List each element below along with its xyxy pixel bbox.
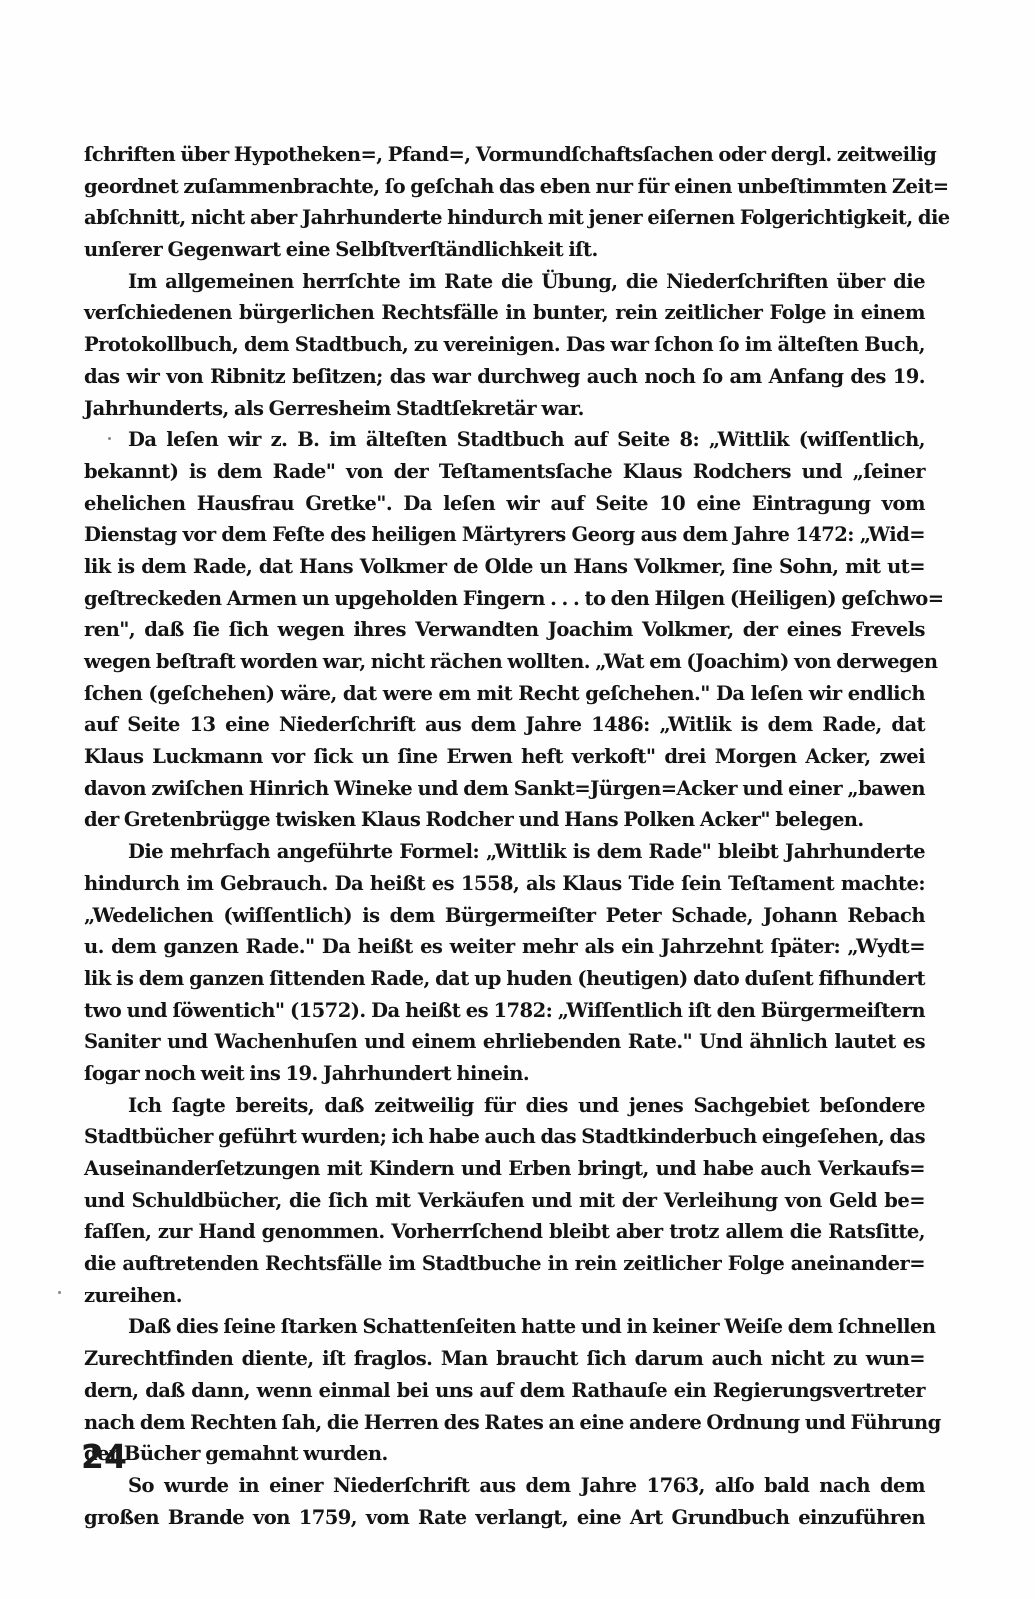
- paragraph: Im allgemeinen herrſchte im Rate die Übu…: [84, 266, 925, 424]
- text-line: auf Seite 13 eine Niederſchrift aus dem …: [84, 709, 925, 741]
- text-line: Jahrhunderts, als Gerresheim Stadtſekret…: [84, 393, 925, 425]
- paragraph: ſchriften über Hypotheken=, Pfand=, Vorm…: [84, 139, 925, 266]
- text-line: So wurde in einer Niederſchrift aus dem …: [84, 1470, 925, 1502]
- text-line: bekannt) is dem Rade" von der Teſtaments…: [84, 456, 925, 488]
- book-page: ſchriften über Hypotheken=, Pfand=, Vorm…: [0, 0, 1035, 1599]
- text-line: lik is dem ganzen ſittenden Rade, dat up…: [84, 963, 925, 995]
- text-line: Daß dies ſeine ſtarken Schattenſeiten ha…: [84, 1311, 925, 1343]
- text-line: die auftretenden Rechtsfälle im Stadtbuc…: [84, 1248, 925, 1280]
- text-line: hindurch im Gebrauch. Da heißt es 1558, …: [84, 868, 925, 900]
- text-line: Die mehrfach angeführte Formel: „Wittlik…: [84, 836, 925, 868]
- text-line: geordnet zuſammenbrachte, ſo geſchah das…: [84, 171, 925, 203]
- text-line: Saniter und Wachenhuſen und einem ehrlie…: [84, 1026, 925, 1058]
- text-line: verſchiedenen bürgerlichen Rechtsfälle i…: [84, 297, 925, 329]
- text-line: „Wedelichen (wiſſentlich) is dem Bürgerm…: [84, 900, 925, 932]
- text-line: Ich ſagte bereits, daß zeitweilig für di…: [84, 1090, 925, 1122]
- text-line: lik is dem Rade, dat Hans Volkmer de Old…: [84, 551, 925, 583]
- text-line: two und ſöwentich" (1572). Da heißt es 1…: [84, 995, 925, 1027]
- page-number: 24: [81, 1437, 127, 1476]
- text-line: und Schuldbücher, die ſich mit Verkäufen…: [84, 1185, 925, 1217]
- paragraph: Die mehrfach angeführte Formel: „Wittlik…: [84, 836, 925, 1090]
- text-line: nach dem Rechten ſah, die Herren des Rat…: [84, 1407, 925, 1439]
- text-line: abſchnitt, nicht aber Jahrhunderte hindu…: [84, 202, 925, 234]
- text-line: Zurechtfinden diente, iſt fraglos. Man b…: [84, 1343, 925, 1375]
- text-line: dern, daß dann, wenn einmal bei uns auf …: [84, 1375, 925, 1407]
- text-line: Klaus Luckmann vor ſick un ſine Erwen he…: [84, 741, 925, 773]
- text-line: das wir von Ribnitz beſitzen; das war du…: [84, 361, 925, 393]
- text-line: davon zwiſchen Hinrich Wineke und dem Sa…: [84, 773, 925, 805]
- text-line: ren", daß ſie ſich wegen ihres Verwandte…: [84, 614, 925, 646]
- text-line: Dienstag vor dem Feſte des heiligen Märt…: [84, 519, 925, 551]
- text-line: ſchen (geſchehen) wäre, dat were em mit …: [84, 678, 925, 710]
- text-line: der Gretenbrügge twisken Klaus Rodcher u…: [84, 804, 925, 836]
- text-line: Im allgemeinen herrſchte im Rate die Übu…: [84, 266, 925, 298]
- text-line: Protokollbuch, dem Stadtbuch, zu vereini…: [84, 329, 925, 361]
- scan-speck: [58, 1291, 61, 1294]
- text-line: unſerer Gegenwart eine Selbſtverſtändlic…: [84, 234, 925, 266]
- text-line: ehelichen Hausfrau Gretke". Da leſen wir…: [84, 488, 925, 520]
- paragraph: So wurde in einer Niederſchrift aus dem …: [84, 1470, 925, 1533]
- text-line: Da leſen wir z. B. im älteſten Stadtbuch…: [84, 424, 925, 456]
- text-line: der Bücher gemahnt wurden.: [84, 1438, 925, 1470]
- body-text: ſchriften über Hypotheken=, Pfand=, Vorm…: [84, 139, 925, 1533]
- text-line: zureihen.: [84, 1280, 925, 1312]
- text-line: faſſen, zur Hand genommen. Vorherrſchend…: [84, 1216, 925, 1248]
- text-line: wegen beſtraft worden war, nicht rächen …: [84, 646, 925, 678]
- text-line: Auseinanderſetzungen mit Kindern und Erb…: [84, 1153, 925, 1185]
- text-line: ſchriften über Hypotheken=, Pfand=, Vorm…: [84, 139, 925, 171]
- scan-speck: [108, 437, 111, 440]
- text-line: geſtreckeden Armen un upgeholden Fingern…: [84, 583, 925, 615]
- text-line: Stadtbücher geführt wurden; ich habe auc…: [84, 1121, 925, 1153]
- text-line: u. dem ganzen Rade." Da heißt es weiter …: [84, 931, 925, 963]
- paragraph: Da leſen wir z. B. im älteſten Stadtbuch…: [84, 424, 925, 836]
- text-line: ſogar noch weit ins 19. Jahrhundert hine…: [84, 1058, 925, 1090]
- paragraph: Ich ſagte bereits, daß zeitweilig für di…: [84, 1090, 925, 1312]
- paragraph: Daß dies ſeine ſtarken Schattenſeiten ha…: [84, 1311, 925, 1469]
- text-line: großen Brande von 1759, vom Rate verlang…: [84, 1502, 925, 1534]
